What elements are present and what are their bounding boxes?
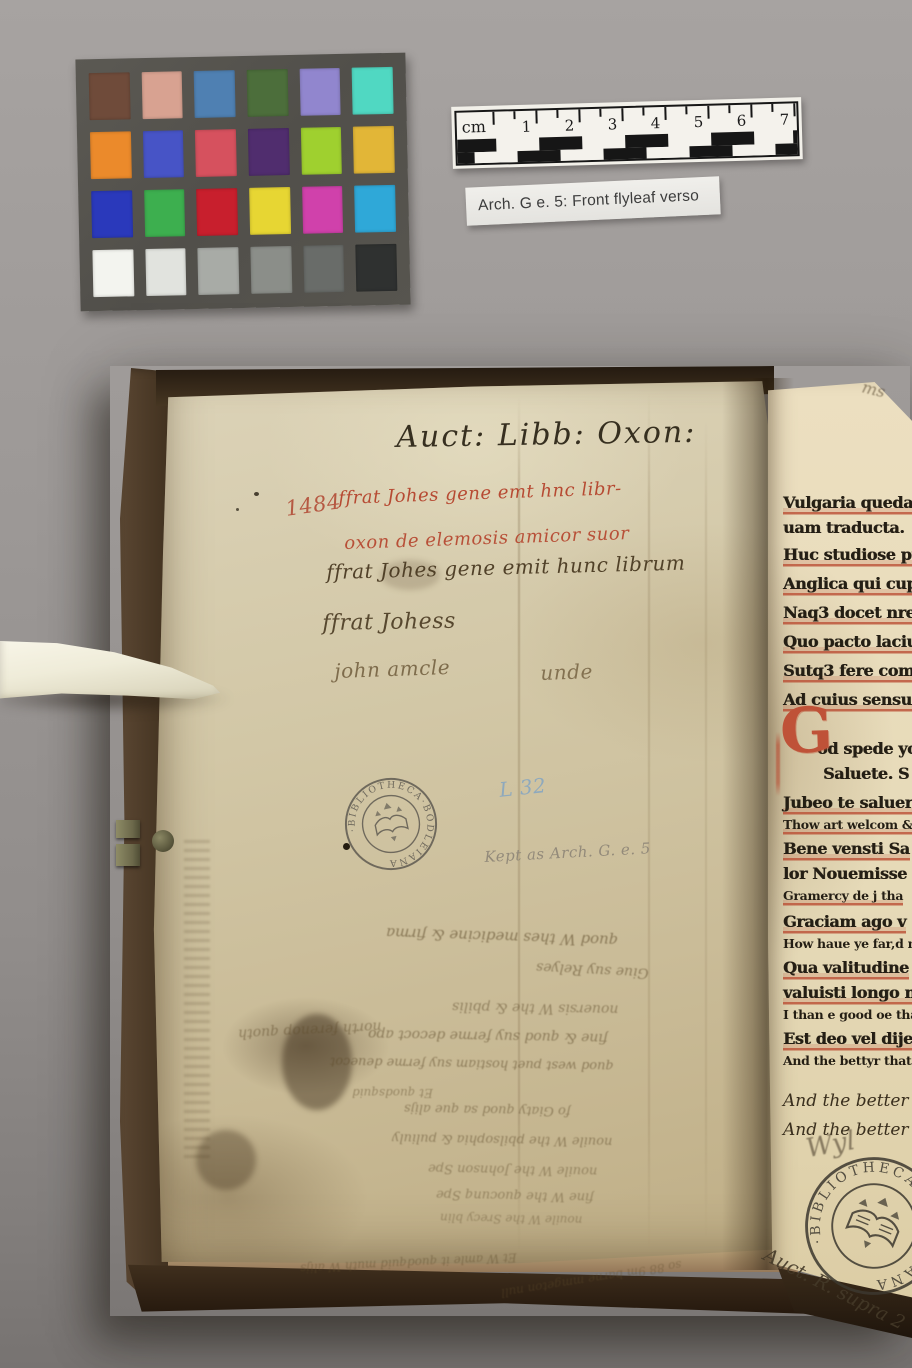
printed-line: Thow art welcom & (783, 815, 912, 834)
printed-line-text: lor Nouemisse g (783, 864, 912, 883)
color-patch (353, 126, 395, 174)
color-patch (198, 247, 240, 295)
color-patch (356, 244, 398, 292)
ruler-number: 5 (693, 113, 703, 131)
ruler-number: 7 (779, 110, 789, 128)
printed-line-text: valuisti longo ni (783, 983, 912, 1002)
color-patch (144, 189, 186, 237)
ruler-tick (728, 105, 730, 113)
printed-line-text: Jubeo te saluer (783, 793, 912, 812)
printed-line: Graciam ago v (783, 909, 912, 934)
parchment-crease (648, 392, 650, 1252)
parchment-crease (705, 420, 707, 1240)
color-patch (354, 185, 396, 233)
printed-line-text: Est deo vel dije (783, 1029, 912, 1048)
color-patch (248, 128, 290, 176)
printed-line: Quo pacto laciu (783, 629, 912, 654)
ruler-tick (599, 109, 601, 117)
color-patch (195, 129, 237, 177)
flipped-inscription-line: Et quodsquid (352, 1086, 433, 1100)
printed-line: And the bettyr that ye (783, 1051, 912, 1070)
color-patch (90, 131, 132, 179)
printed-line: I than e good oe than (783, 1005, 912, 1024)
ruler-tick (513, 111, 515, 119)
ruler-tick (664, 107, 666, 120)
color-patch (145, 248, 187, 296)
printed-line: Sutq3 fere comic (783, 658, 912, 683)
printed-line-text: And the better tha (783, 1091, 912, 1111)
shelfmark-label: Arch. G e. 5: Front flyleaf verso (465, 176, 720, 225)
color-patch (92, 249, 134, 297)
printed-line-text: Saluete. S (823, 764, 909, 783)
printed-line: Huc studiose pu (783, 542, 912, 567)
color-patch (89, 72, 131, 120)
color-patch (194, 70, 236, 118)
offset-ink-ghost-strip (184, 840, 210, 1160)
color-patch (302, 186, 344, 234)
ruler-tick (771, 104, 773, 112)
color-patch (247, 69, 289, 117)
printed-line-text: Vulgaria quedam ab (783, 493, 912, 512)
ruler-number: 3 (608, 115, 618, 133)
printed-line-text: Sutq3 fere comic (783, 661, 912, 680)
printed-text-column: Vulgaria quedam abuam traducta.Huc studi… (783, 490, 912, 1144)
crown-emblems (373, 800, 408, 844)
ruler-tick (642, 108, 644, 116)
printed-line: Bene vensti Sa (783, 836, 912, 861)
flipped-inscription-line: nouile W the Johnson Spe (428, 1161, 598, 1179)
ruler-number: 2 (565, 116, 575, 134)
printed-line: Saluete. S (823, 761, 912, 786)
ink-speck (236, 508, 239, 511)
ruler-tick (707, 106, 709, 119)
color-patch (301, 127, 343, 175)
printed-line-text: Anglica qui cup (783, 574, 912, 593)
parchment-crease (518, 398, 520, 1250)
printed-line-text: Naq3 docet nre (783, 603, 912, 622)
inscription-line: unde (540, 659, 593, 685)
color-patch (299, 68, 341, 116)
ruler-number: 1 (522, 118, 532, 136)
printed-line: How haue ye far,d n (783, 934, 912, 953)
color-patch (196, 188, 238, 236)
color-patch (352, 67, 394, 115)
printed-line: Jubeo te saluer (783, 790, 912, 815)
shelfmark-label-text: Arch. G e. 5: Front flyleaf verso (478, 187, 700, 215)
ruler-tick (685, 106, 687, 114)
printed-line: Anglica qui cup (783, 571, 912, 596)
ink-speck (254, 492, 259, 496)
ruler-scale: cm 12345678 (451, 97, 803, 169)
printed-line: And the better tha (783, 1088, 912, 1115)
printed-line-text: And the bettyr that ye (783, 1053, 912, 1068)
clasp-stud (152, 830, 174, 852)
printed-line: Vulgaria quedam ab (783, 490, 912, 515)
printed-line-text: Thow art welcom & (783, 817, 912, 832)
ruler-tick (750, 104, 752, 117)
printed-line-text: uam traducta. (783, 518, 904, 537)
printed-line: Qua valitudine (783, 955, 912, 980)
ruler-tick (556, 110, 558, 118)
color-calibration-card (75, 53, 410, 312)
printed-line-text: Bene vensti Sa (783, 839, 910, 858)
inscription-line: ffrat Johess (322, 609, 456, 636)
color-patch (249, 187, 291, 235)
inscription-line: Auct: Libb: Oxon: (396, 415, 697, 455)
printed-line: uam traducta. (783, 515, 912, 540)
ruler-tick (535, 110, 537, 123)
printed-line: Est deo vel dije (783, 1026, 912, 1051)
printed-line-text: How haue ye far,d n (783, 936, 912, 951)
color-patch (91, 190, 133, 238)
svg-text:·BIBLIOTHECA·BODLEIANA: ·BIBLIOTHECA·BODLEIANA (338, 771, 443, 876)
flipped-inscription-line: fine W the quocunq Spe (436, 1187, 594, 1205)
printed-line: valuisti longo ni (783, 980, 912, 1005)
flipped-inscription-line: nouersis W the & pbilis (452, 999, 619, 1018)
printed-line: Naq3 docet nre (783, 600, 912, 625)
flipped-inscription-line: nouile W the Srecy blin (440, 1211, 583, 1227)
ruler-number: 4 (650, 114, 660, 132)
bodleian-stamp-small: ·BIBLIOTHECA·BODLEIANA (333, 766, 449, 882)
inscription-line: john amcle (334, 655, 450, 683)
stamp-ring-text: ·BIBLIOTHECA·BODLEIANA (338, 771, 443, 876)
ruler-number: 6 (736, 112, 746, 130)
ruler-face: cm 12345678 (454, 101, 799, 166)
printed-line-text: Graciam ago v (783, 912, 906, 931)
lombard-initial: G (779, 699, 834, 763)
printed-line-text: I than e good oe than (783, 1007, 912, 1022)
printed-line-text: Quo pacto laciu (783, 632, 912, 651)
ruler-tick (492, 112, 494, 125)
printed-line-text: Gramercy de j tha (783, 888, 903, 903)
color-patch (250, 246, 292, 294)
clasp-prong (116, 820, 140, 838)
ruler-tick (793, 103, 795, 116)
open-book-emblem (842, 1189, 908, 1258)
ruler-tick (621, 108, 623, 121)
printed-line: lor Nouemisse g (783, 861, 912, 886)
ruler-tick (578, 109, 580, 122)
color-patch (303, 245, 345, 293)
inscription-line: L 32 (498, 773, 547, 802)
color-patch (141, 71, 183, 119)
open-book-emblem (374, 813, 408, 835)
red-margin-stroke (776, 732, 780, 796)
color-patch-grid (89, 67, 398, 297)
color-patch (143, 130, 185, 178)
flipped-inscription-line: fo Giaty quod sa que alijs (404, 1101, 571, 1119)
printed-line: Gramercy de j tha (783, 886, 912, 905)
photo-scene: cm 12345678 Arch. G e. 5: Front flyleaf … (0, 0, 912, 1368)
printed-line-text: Qua valitudine (783, 958, 909, 977)
printed-line-text: Huc studiose pu (783, 545, 912, 564)
clasp-prong (116, 844, 140, 866)
